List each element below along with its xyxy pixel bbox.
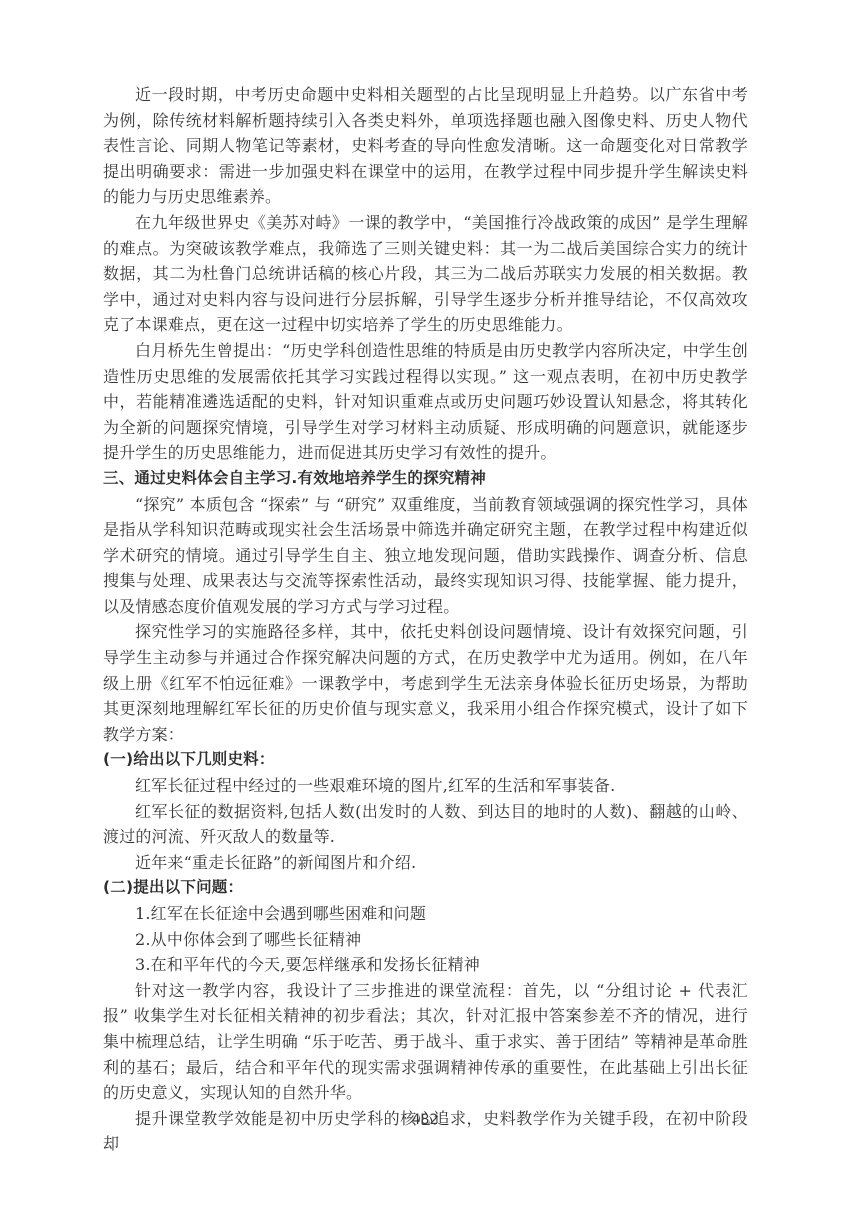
question-item-1: 1.红军在长征途中会遇到哪些困难和问题 (103, 901, 748, 927)
question-item-2: 2.从中你体会到了哪些长征精神 (103, 927, 748, 953)
section-heading-three: 三、通过史料体会自主学习.有效地培养学生的探究精神 (103, 466, 748, 492)
paragraph-three-step-flow: 针对这一教学内容，我设计了三步推进的课堂流程：首先，以 “分组讨论 + 代表汇报… (103, 978, 748, 1106)
document-body: 近一段时期，中考历史命题中史料相关题型的占比呈现明显上升趋势。以广东省中考为例，… (103, 82, 748, 1157)
paragraph-intro-trend: 近一段时期，中考历史命题中史料相关题型的占比呈现明显上升趋势。以广东省中考为例，… (103, 82, 748, 210)
subsection-heading-materials: (一)给出以下几则史料： (103, 747, 748, 773)
material-item-1: 红军长征过程中经过的一些艰难环境的图片,红军的生活和军事装备. (103, 773, 748, 799)
paragraph-baiyueqiao-quote: 白月桥先生曾提出：“历史学科创造性思维的特质是由历史教学内容所决定，中学生创造性… (103, 338, 748, 466)
paragraph-cold-war-example: 在九年级世界史《美苏对峙》一课的教学中，“美国推行冷战政策的成因” 是学生理解的… (103, 210, 748, 338)
material-item-3: 近年来“重走长征路”的新闻图片和介绍. (103, 850, 748, 876)
document-page: 近一段时期，中考历史命题中史料相关题型的占比呈现明显上升趋势。以广东省中考为例，… (0, 0, 850, 1205)
subsection-heading-questions: (二)提出以下问题： (103, 875, 748, 901)
page-number: 482 (0, 1112, 850, 1128)
question-item-3: 3.在和平年代的今天,要怎样继承和发扬长征精神 (103, 952, 748, 978)
paragraph-inquiry-definition: “探究” 本质包含 “探索” 与 “研究” 双重维度，当前教育领域强调的探究性学… (103, 492, 748, 620)
material-item-2: 红军长征的数据资料,包括人数(出发时的人数、到达目的地时的人数)、翻越的山岭、渡… (103, 799, 748, 850)
paragraph-long-march-lesson: 探究性学习的实施路径多样，其中，依托史料创设问题情境、设计有效探究问题，引导学生… (103, 619, 748, 747)
